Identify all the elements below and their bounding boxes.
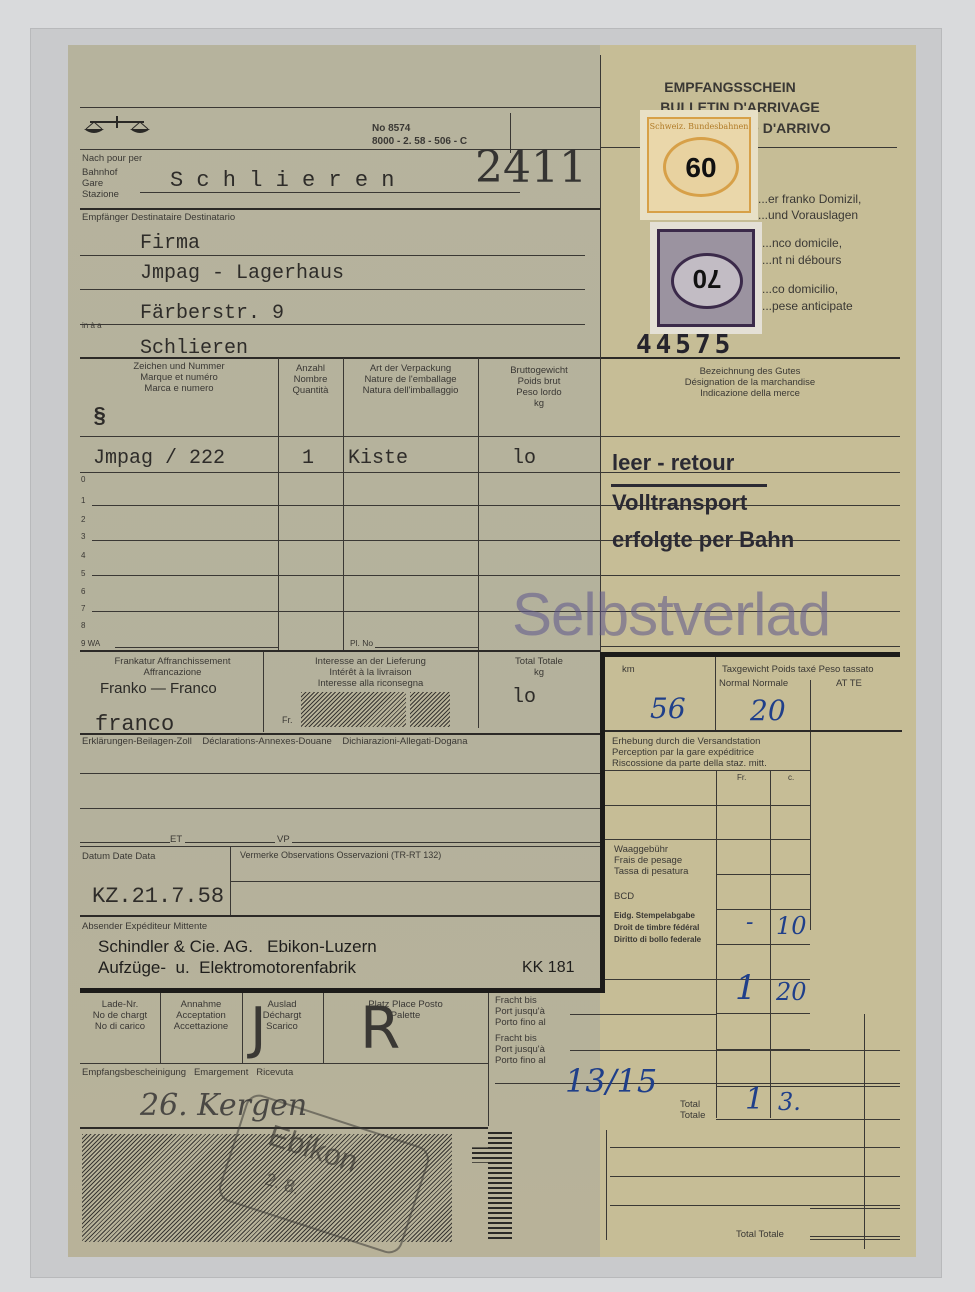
col-weight-header-de: Bruttogewicht [478, 365, 600, 376]
line-number-9: 9 WA [81, 638, 100, 649]
loading-number-label-2: No de chargt [80, 1010, 160, 1021]
stamp-duty-label-fr: Droit de timbre fédéral [614, 922, 699, 933]
pl-no-label: Pl. No [350, 638, 373, 649]
freight-to-handwritten: 13/15 [565, 1062, 657, 1100]
delivery-option-3: ...nco domicile, [762, 236, 842, 250]
sender-line-2: Aufzüge- u. Elektromotorenfabrik [98, 958, 356, 978]
in-label: in à a [82, 320, 102, 331]
line-number-0: 0 [81, 474, 85, 485]
line-number-4: 4 [81, 550, 85, 561]
interest-label-de: Interesse an der Lieferung [263, 656, 478, 667]
postage-stamp-70: 70 [650, 222, 762, 334]
total-kg-label: Total Totale [478, 656, 600, 667]
stamp-duty-label-de: Eidg. Stempelabgabe [614, 910, 695, 921]
franking-label-2: Affrancazione [80, 667, 265, 678]
stamp-duty-label-it: Diritto di bollo federale [614, 934, 701, 945]
col-weight-header-unit: kg [478, 398, 600, 409]
subtotal-c: 20 [776, 978, 807, 1006]
km-value: 56 [650, 692, 686, 725]
sender-code: KK 181 [522, 958, 574, 978]
col-count-header-de: Anzahl [278, 363, 343, 374]
loading-number-label-1: Lade-Nr. [80, 999, 160, 1010]
freight-to-label-2-fr: Port jusqu'à [495, 1044, 545, 1055]
freight-to-label-1-fr: Port jusqu'à [495, 1006, 545, 1017]
desc-stamp-full-transport: Volltransport [612, 490, 747, 516]
receipt-label: Empfangsbescheinigung Emargement Ricevut… [82, 1067, 293, 1078]
stamp-60-value: 60 [673, 153, 729, 183]
scales-icon [82, 115, 152, 137]
declarations-label: Erklärungen-Beilagen-Zoll Déclarations-A… [82, 736, 467, 747]
col-desc-header-de: Bezeichnung des Gutes [600, 366, 900, 377]
station-label-fr: Gare [82, 178, 103, 189]
col-pack-header-it: Natura dell'imballaggio [343, 385, 478, 396]
subtotal-fr: 1 [735, 968, 757, 1008]
weighing-label-it: Tassa di pesatura [614, 866, 688, 877]
postage-stamp-60: 60 Schweiz. Bundesbahnen [640, 110, 758, 220]
freight-to-label-2-it: Porto fino al [495, 1055, 546, 1066]
col-desc-header-fr: Désignation de la marchandise [600, 377, 900, 388]
desc-stamp-by-rail: erfolgte per Bahn [612, 527, 794, 553]
col-pack-header-de: Art der Verpackung [343, 363, 478, 374]
acceptance-label-2: Acceptation [160, 1010, 242, 1021]
interest-hatched-field-small [410, 692, 450, 727]
goods-count: 1 [302, 447, 314, 470]
bcd-label: BCD [614, 891, 634, 902]
handwritten-ref: 2411 [475, 142, 587, 193]
stamp-70-value: 70 [679, 265, 735, 293]
col-count-header-fr: Nombre [278, 374, 343, 385]
delivery-option-1: ...er franko Domizil, [758, 192, 861, 206]
unloading-mark: J [250, 996, 267, 1061]
desc-stamp-empty-return: leer - retour [612, 450, 734, 476]
stamp-duty-fr: - [746, 910, 753, 935]
total-label-it: Totale [680, 1110, 705, 1121]
goods-packaging: Kiste [348, 447, 408, 470]
recipient-line-1: Firma [140, 232, 200, 255]
receipt-title-de: EMPFANGSSCHEIN [620, 79, 840, 95]
freight-to-label-1-it: Porto fino al [495, 1017, 546, 1028]
stamp-number: 44575 [636, 330, 734, 360]
line-number-2: 2 [81, 514, 85, 525]
tax-weight-normal-label: Normal Normale [719, 678, 788, 689]
col-mark-header-it: Marca e numero [80, 383, 278, 394]
collection-label-de: Erhebung durch die Versandstation [612, 736, 760, 747]
c-column-label: c. [788, 772, 794, 783]
date-value: KZ.21.7.58 [92, 884, 224, 909]
destination-label: Nach pour per [82, 153, 142, 164]
km-label: km [622, 664, 635, 675]
sender-line-1: Schindler & Cie. AG. Ebikon-Luzern [98, 937, 377, 957]
goods-weight: lo [512, 447, 536, 470]
total-label-de: Total [680, 1099, 700, 1110]
total-c: 3. [778, 1088, 801, 1116]
recipient-line-3: Färberstr. 9 [140, 302, 284, 325]
line-number-8: 8 [81, 620, 85, 631]
interest-label-fr: Intérêt à la livraison [263, 667, 478, 678]
line-number-3: 3 [81, 531, 85, 542]
col-weight-header-fr: Poids brut [478, 376, 600, 387]
tax-weight-at-te-label: AT TE [836, 678, 862, 689]
line-number-6: 6 [81, 586, 85, 597]
franking-label-1: Frankatur Affranchissement [80, 656, 265, 667]
tax-weight-value: 20 [750, 694, 786, 727]
line-number-1: 1 [81, 495, 85, 506]
acceptance-label-3: Accettazione [160, 1021, 242, 1032]
col-mark-header-de: Zeichen und Nummer [80, 361, 278, 372]
freight-to-label-1-de: Fracht bis [495, 995, 537, 1006]
franking-printed: Franko — Franco [100, 680, 217, 697]
total-kg-value: lo [512, 686, 536, 709]
loading-number-label-3: No di carico [80, 1021, 160, 1032]
line-number-5: 5 [81, 568, 85, 579]
sender-label: Absender Expéditeur Mittente [82, 921, 207, 932]
delivery-option-5: ...co domicilio, [762, 282, 838, 296]
stamp-60-header: Schweiz. Bundesbahnen [649, 121, 749, 132]
section-symbol: § [93, 405, 106, 430]
freight-to-label-2-de: Fracht bis [495, 1033, 537, 1044]
total-kg-unit: kg [478, 667, 600, 678]
vp-label: VP [277, 834, 290, 845]
collection-label-it: Riscossione da parte della staz. mitt. [612, 758, 767, 769]
interest-label-it: Interesse alla riconsegna [263, 678, 478, 689]
delivery-option-2: ...und Vorauslagen [758, 208, 858, 222]
print-code: 8000 - 2. 58 - 506 - C [372, 136, 467, 147]
date-label: Datum Date Data [82, 851, 155, 862]
recipient-line-2: Jmpag - Lagerhaus [140, 262, 344, 285]
destination-station: S c h l i e r e n [170, 168, 394, 193]
postmark-station: Ebikon [264, 1120, 361, 1179]
station-label-de: Bahnhof [82, 167, 117, 178]
weighing-label-fr: Frais de pesage [614, 855, 682, 866]
self-loading-stamp: Selbstverlad [512, 580, 830, 649]
col-pack-header-fr: Nature de l'emballage [343, 374, 478, 385]
col-mark-header-fr: Marque et numéro [80, 372, 278, 383]
goods-mark: Jmpag / 222 [93, 447, 225, 470]
total-fr: 1 [745, 1082, 764, 1117]
col-weight-header-it: Peso lordo [478, 387, 600, 398]
recipient-label: Empfänger Destinataire Destinatario [82, 212, 235, 223]
line-number-7: 7 [81, 603, 85, 614]
interest-currency: Fr. [282, 715, 293, 726]
stamp-duty-c: 10 [776, 912, 807, 940]
delivery-option-4: ...nt ni débours [762, 253, 841, 267]
postmark-date: 2. 8. [263, 1169, 302, 1199]
tax-weight-label: Taxgewicht Poids taxé Peso tassato [722, 664, 874, 675]
weighing-label-de: Waaggebühr [614, 844, 668, 855]
et-label: ET [170, 834, 182, 845]
col-count-header-it: Quantità [278, 385, 343, 396]
station-label-it: Stazione [82, 189, 119, 200]
col-desc-header-it: Indicazione della merce [600, 388, 900, 399]
place-label-2: Palette [323, 1010, 488, 1021]
fr-column-label: Fr. [737, 772, 746, 783]
place-mark: R [360, 994, 400, 1062]
delivery-option-6: ...pese anticipate [762, 299, 853, 313]
interest-hatched-field [301, 692, 406, 727]
grand-total-label: Total Totale [736, 1229, 784, 1240]
collection-label-fr: Perception par la gare expéditrice [612, 747, 754, 758]
acceptance-label-1: Annahme [160, 999, 242, 1010]
form-number: No 8574 [372, 123, 410, 134]
observations-label: Vermerke Observations Osservazioni (TR-R… [240, 850, 441, 861]
place-label-1: Platz Place Posto [323, 999, 488, 1010]
